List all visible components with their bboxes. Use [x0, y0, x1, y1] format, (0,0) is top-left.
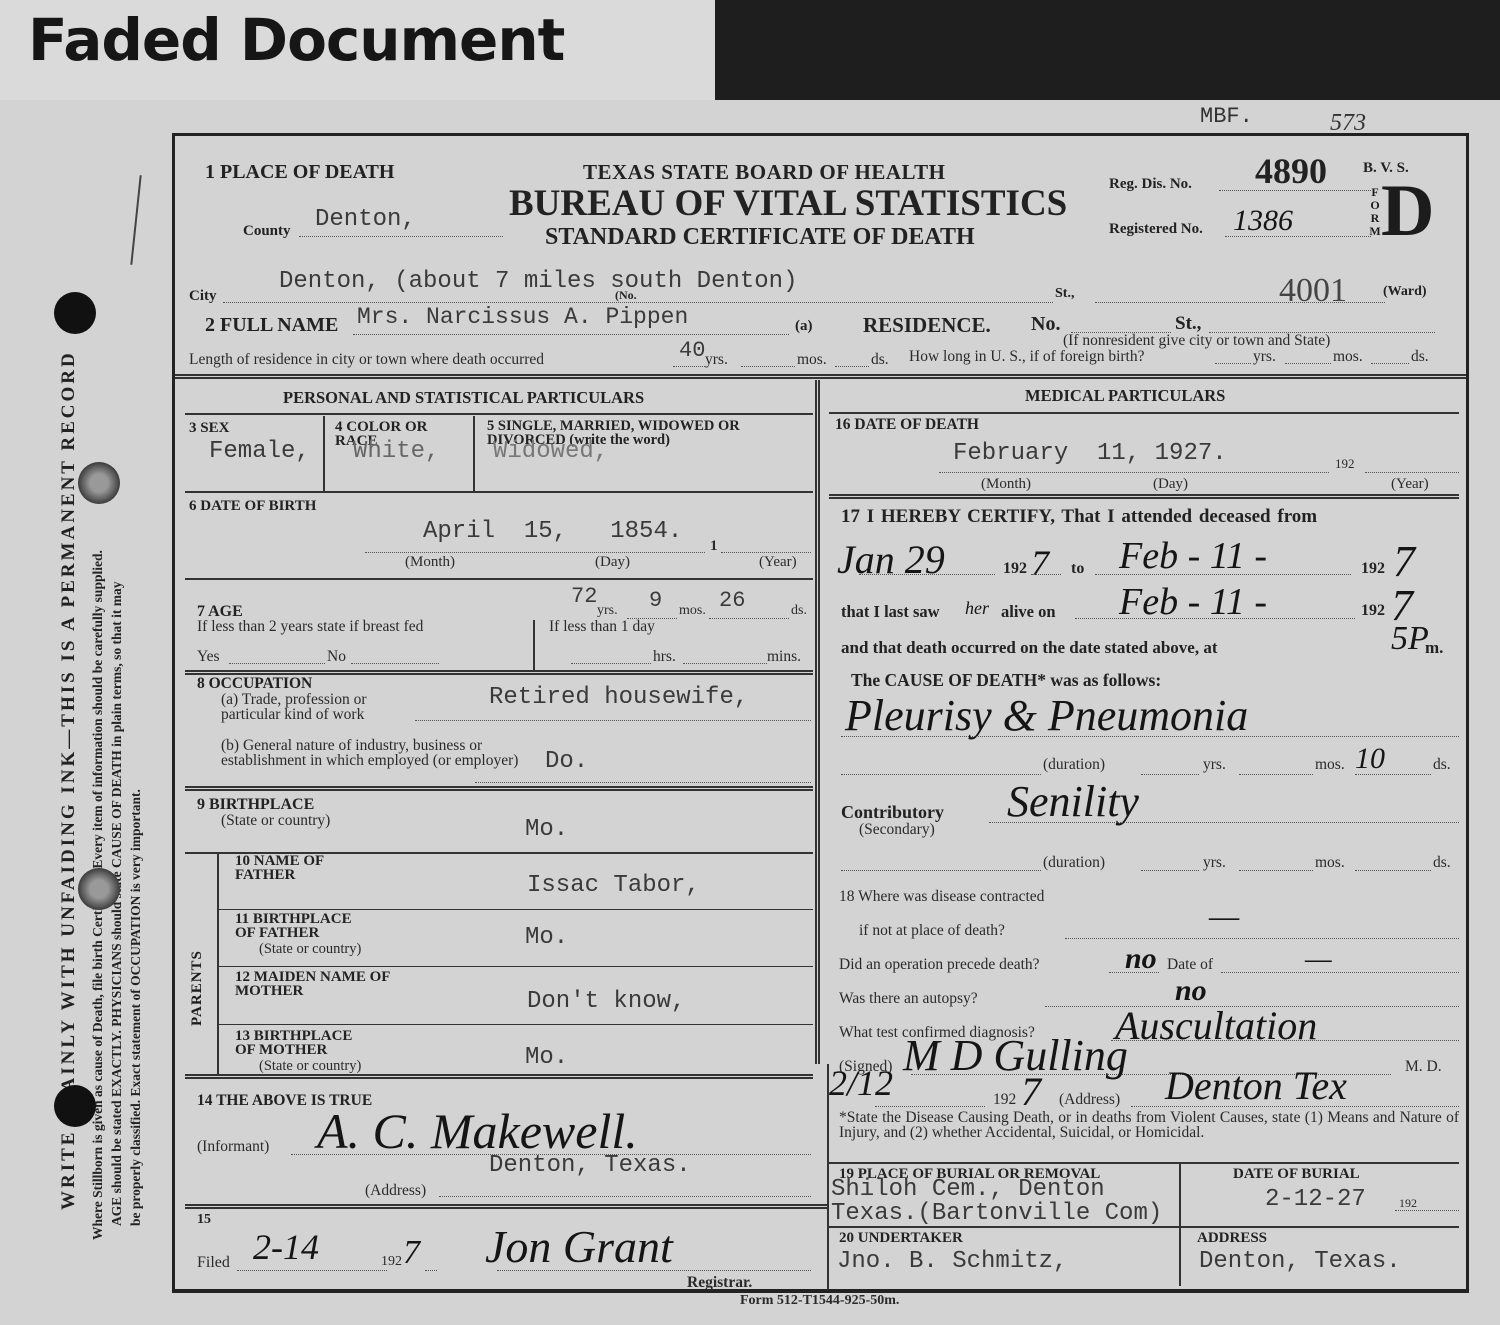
residence-no-label: No.	[1031, 313, 1060, 336]
physician-signature: M D Gulling	[903, 1030, 1128, 1081]
personal-section-title: PERSONAL AND STATISTICAL PARTICULARS	[283, 388, 644, 408]
burial-place-line1: Shiloh Cem., Denton	[831, 1178, 1105, 1202]
date-of-operation-value: —	[1305, 942, 1332, 976]
punch-hole-icon	[54, 1085, 96, 1127]
filed-year-digit: 7	[403, 1234, 420, 1272]
burial-place-line2: Texas.(Bartonville Com)	[831, 1202, 1162, 1226]
date-of-birth-value: April 15, 1854.	[423, 518, 682, 545]
month-caption: (Month)	[405, 554, 455, 571]
mother-name-label: 12 MAIDEN NAME OF MOTHER	[235, 970, 395, 998]
date-of-death-value: February 11, 1927.	[953, 440, 1227, 467]
filed-number: 15	[197, 1212, 211, 1228]
race-value: White,	[353, 438, 439, 465]
cause-of-death-value: Pleurisy & Pneumonia	[845, 690, 1248, 741]
column-divider	[815, 380, 820, 1064]
street-label: St.,	[1055, 286, 1074, 302]
form-number: Form 512-T1544-925-50m.	[740, 1293, 899, 1309]
burial-date-label: DATE OF BURIAL	[1233, 1166, 1360, 1183]
operation-label: Did an operation precede death?	[839, 956, 1040, 974]
ward-value: 4001	[1279, 272, 1347, 310]
reg-dis-label: Reg. Dis. No.	[1109, 176, 1192, 193]
dob-year-prefix: 1	[710, 538, 718, 555]
us-residence-label: How long in U. S., if of foreign birth?	[909, 348, 1144, 366]
form-vertical-label: FORM	[1369, 186, 1381, 238]
occupation-label: 8 OCCUPATION	[197, 676, 312, 692]
filed-date: 2-14	[253, 1226, 319, 1268]
punch-hole-icon	[78, 868, 120, 910]
residence-label: RESIDENCE.	[863, 313, 991, 338]
cause-duration-days: 10	[1355, 742, 1385, 776]
place-of-death-label: 1 PLACE OF DEATH	[205, 161, 394, 184]
registered-value: 1386	[1233, 204, 1293, 238]
informant-label: (Informant)	[197, 1138, 269, 1156]
day-caption: (Day)	[595, 554, 630, 571]
residence-a-label: (a)	[795, 318, 813, 335]
mbf-label: MBF.	[1200, 104, 1253, 129]
death-certificate-form: 1 PLACE OF DEATH County Denton, TEXAS ST…	[172, 133, 1469, 1293]
street-no-label: (No.	[615, 288, 637, 303]
occupation-b-label: (b) General nature of industry, business…	[221, 738, 531, 768]
autopsy-label: Was there an autopsy?	[839, 990, 978, 1008]
certificate-title: STANDARD CERTIFICATE OF DEATH	[545, 224, 975, 251]
registrar-label: Registrar.	[687, 1274, 752, 1292]
sex-value: Female,	[209, 438, 310, 465]
mother-birthplace-label: 13 BIRTHPLACE OF MOTHER	[235, 1029, 375, 1057]
certify-label: 17 I HEREBY CERTIFY, That I attended dec…	[841, 506, 1317, 528]
occupation-a-label: (a) Trade, profession or particular kind…	[221, 692, 411, 722]
occupation-a-value: Retired housewife,	[489, 684, 748, 711]
registrar-signature: Jon Grant	[485, 1220, 673, 1273]
mos-label: mos.	[797, 351, 827, 369]
full-name-value: Mrs. Narcissus A. Pippen	[357, 304, 688, 330]
filed-label: Filed	[197, 1254, 230, 1272]
bureau-title: BUREAU OF VITAL STATISTICS	[509, 182, 1067, 225]
medical-section-title: MEDICAL PARTICULARS	[1025, 386, 1225, 406]
sex-label: 3 SEX	[189, 420, 229, 437]
county-label: County	[243, 223, 291, 240]
date-of-death-label: 16 DATE OF DEATH	[835, 416, 979, 434]
informant-address-label: (Address)	[365, 1182, 426, 1200]
mother-name-value: Don't know,	[527, 988, 685, 1015]
breast-fed-no-label: No	[327, 648, 346, 666]
attended-from-year: 7	[1031, 542, 1049, 584]
parents-label: PARENTS	[189, 950, 206, 1026]
time-of-death-label: and that death occurred on the date stat…	[841, 638, 1218, 658]
physician-address: Denton Tex	[1165, 1062, 1347, 1109]
age-days: 26	[719, 588, 745, 613]
registered-label: Registered No.	[1109, 221, 1203, 238]
marital-status-value: Widowed,	[493, 438, 608, 465]
mother-birthplace-value: Mo.	[525, 1044, 568, 1071]
margin-line-2: AGE should be stated EXACTLY. PHYSICIANS…	[107, 140, 126, 1240]
breast-fed-label: If less than 2 years state if breast fed	[197, 618, 423, 636]
punch-hole-icon	[54, 292, 96, 334]
contributory-label: Contributory	[841, 802, 944, 823]
attended-from-date: Jan 29	[837, 536, 945, 583]
age-months: 9	[649, 588, 662, 613]
signed-year: 7	[1021, 1068, 1041, 1115]
father-birthplace-value: Mo.	[525, 924, 568, 951]
operation-value: no	[1125, 942, 1157, 976]
county-value: Denton,	[315, 206, 416, 233]
father-name-label: 10 NAME OF FATHER	[235, 854, 365, 882]
father-name-value: Issac Tabor,	[527, 872, 700, 899]
full-name-label: 2 FULL NAME	[205, 314, 338, 337]
contributory-value: Senility	[1007, 776, 1139, 827]
birthplace-value: Mo.	[525, 816, 568, 843]
ward-label: (Ward)	[1383, 284, 1427, 300]
undertaker-address-value: Denton, Texas.	[1199, 1248, 1401, 1275]
date-of-birth-label: 6 DATE OF BIRTH	[189, 498, 316, 515]
scan-dark-band	[715, 0, 1500, 103]
year-caption: (Year)	[759, 554, 797, 571]
last-saw-label: that I last saw	[841, 602, 940, 622]
q18-value: —	[1209, 898, 1239, 936]
ds-label: ds.	[871, 351, 889, 369]
document-banner: Faded Document	[0, 0, 715, 100]
signed-date: 2/12	[829, 1062, 893, 1104]
burial-date-value: 2-12-27	[1265, 1186, 1366, 1213]
banner-title: Faded Document	[28, 6, 564, 74]
undertaker-label: 20 UNDERTAKER	[839, 1230, 963, 1247]
form-letter: D	[1381, 174, 1434, 248]
city-label: City	[189, 288, 217, 305]
less-than-day-label: If less than 1 day	[549, 618, 655, 636]
undertaker-value: Jno. B. Schmitz,	[837, 1248, 1067, 1275]
cause-of-death-label: The CAUSE OF DEATH* was as follows:	[851, 670, 1161, 691]
occupation-b-value: Do.	[545, 748, 588, 775]
yrs-label: yrs.	[705, 351, 728, 369]
city-value: Denton, (about 7 miles south Denton)	[279, 268, 797, 295]
punch-hole-icon	[78, 462, 120, 504]
q18-label: 18 Where was disease contracted	[839, 888, 1044, 906]
father-birthplace-label: 11 BIRTHPLACE OF FATHER	[235, 912, 375, 940]
age-years: 72	[571, 584, 597, 609]
time-of-death-value: 5P	[1391, 620, 1429, 658]
breast-fed-yes-label: Yes	[197, 648, 220, 666]
birthplace-sub: (State or country)	[221, 812, 330, 830]
cause-footnote: *State the Disease Causing Death, or in …	[839, 1110, 1459, 1140]
undertaker-address-label: ADDRESS	[1197, 1230, 1267, 1247]
q18-sub-label: if not at place of death?	[859, 922, 1005, 940]
margin-line-3: be properly classified. Exact statement …	[126, 140, 145, 1240]
test-value: Auscultation	[1115, 1002, 1317, 1049]
reg-dis-value: 4890	[1255, 150, 1327, 192]
last-saw-pronoun: her	[965, 598, 989, 619]
length-of-residence-value: 40	[679, 338, 705, 363]
informant-address-value: Denton, Texas.	[489, 1152, 691, 1179]
header-divider	[175, 374, 1466, 379]
attended-to-date: Feb - 11 -	[1119, 534, 1267, 578]
length-of-residence-label: Length of residence in city or town wher…	[189, 351, 544, 369]
